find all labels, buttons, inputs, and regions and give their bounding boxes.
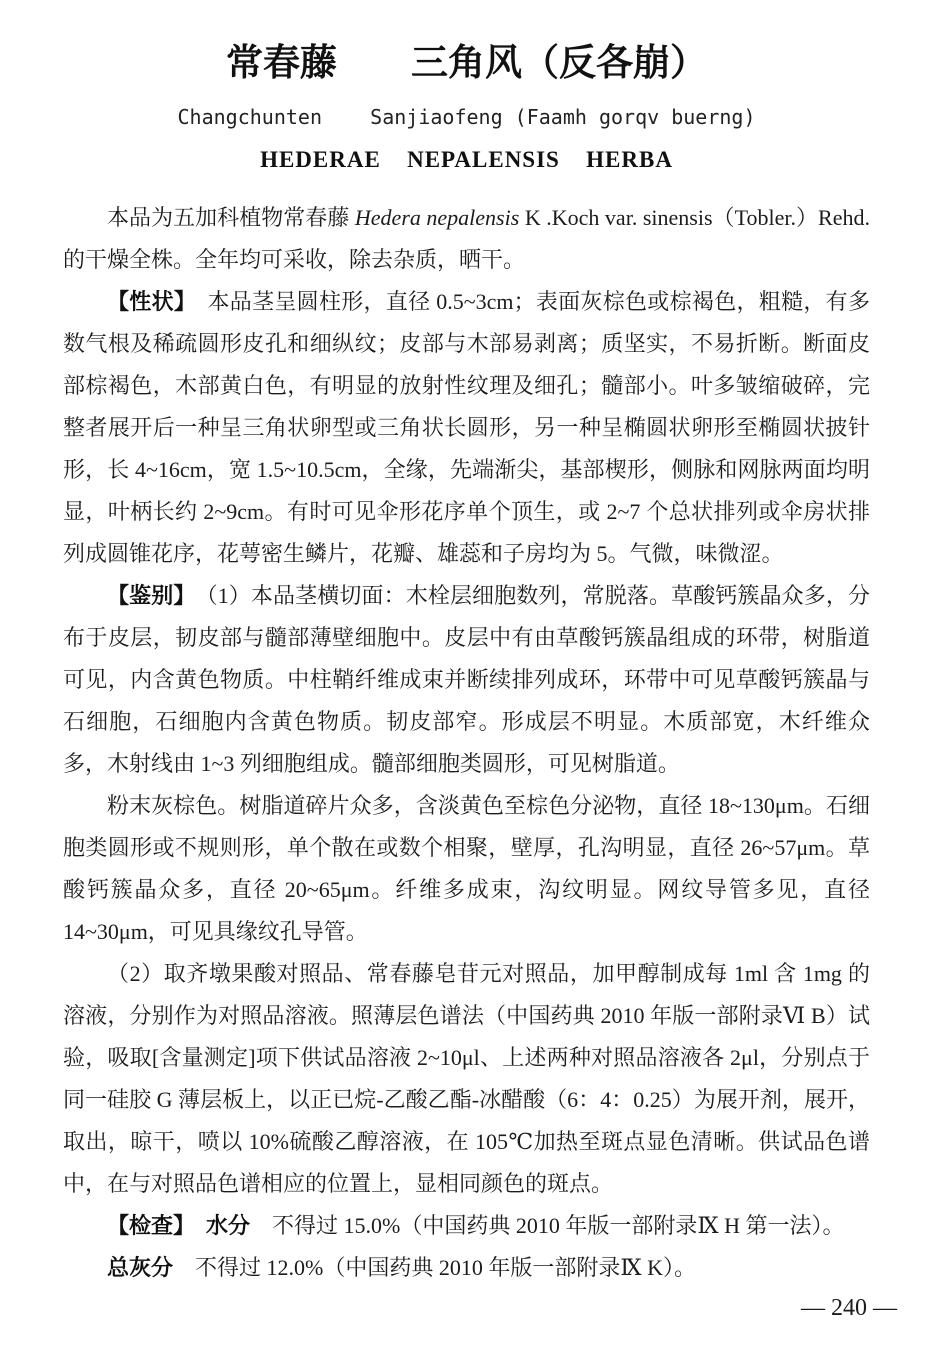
properties-paragraph: 【性状】 本品茎呈圆柱形，直径 0.5~3cm；表面灰棕色或棕褐色，粗糙，有多数… bbox=[63, 281, 870, 575]
powder-description-paragraph: 粉末灰棕色。树脂道碎片众多，含淡黄色至棕色分泌物，直径 18~130μm。石细胞… bbox=[63, 785, 870, 953]
text-segment: 粉末灰棕色。树脂道碎片众多，含淡黄色至棕色分泌物，直径 18~130μm。石细胞… bbox=[63, 793, 870, 944]
text-segment: 【鉴别】 bbox=[107, 583, 184, 608]
text-segment: 本品茎呈圆柱形，直径 0.5~3cm；表面灰棕色或棕褐色，粗糙，有多数气根及稀疏… bbox=[63, 289, 870, 566]
text-segment: 【性状】 bbox=[107, 289, 185, 314]
source-description-paragraph: 本品为五加科植物常春藤 Hedera nepalensis K .Koch va… bbox=[63, 197, 870, 281]
inspection-ash-paragraph: 总灰分 不得过 12.0%（中国药典 2010 年版一部附录Ⅸ K）。 bbox=[63, 1247, 870, 1289]
text-segment bbox=[184, 1213, 206, 1238]
text-segment: 不得过 15.0%（中国药典 2010 年版一部附录Ⅸ H 第一法）。 bbox=[250, 1213, 844, 1238]
text-segment: Hedera nepalensis bbox=[355, 205, 519, 230]
monograph-title-pinyin: Changchunten Sanjiaofeng (Faamh gorqv bu… bbox=[63, 105, 870, 129]
monograph-title-chinese: 常春藤 三角风（反各崩） bbox=[63, 40, 870, 86]
text-segment: （1）本品茎横切面：木栓层细胞数列，常脱落。草酸钙簇晶众多，分布于皮层，韧皮部与… bbox=[63, 583, 870, 776]
inspection-water-paragraph: 【检查】 水分 不得过 15.0%（中国药典 2010 年版一部附录Ⅸ H 第一… bbox=[63, 1205, 870, 1247]
text-segment: 不得过 12.0%（中国药典 2010 年版一部附录Ⅸ K）。 bbox=[173, 1255, 696, 1280]
text-segment: 总灰分 bbox=[107, 1255, 173, 1280]
page-number: — 240 — bbox=[801, 1294, 897, 1323]
text-segment: 水分 bbox=[206, 1213, 250, 1238]
identification-paragraph-1: 【鉴别】 （1）本品茎横切面：木栓层细胞数列，常脱落。草酸钙簇晶众多，分布于皮层… bbox=[63, 575, 870, 785]
identification-paragraph-2: （2）取齐墩果酸对照品、常春藤皂苷元对照品，加甲醇制成每 1ml 含 1mg 的… bbox=[63, 953, 870, 1205]
text-segment: 【检查】 bbox=[107, 1213, 184, 1238]
monograph-body: 本品为五加科植物常春藤 Hedera nepalensis K .Koch va… bbox=[63, 197, 870, 1289]
text-segment: （2）取齐墩果酸对照品、常春藤皂苷元对照品，加甲醇制成每 1ml 含 1mg 的… bbox=[63, 961, 870, 1196]
monograph-title-latin: HEDERAE NEPALENSIS HERBA bbox=[63, 146, 870, 174]
pharmacopoeia-monograph-page: 常春藤 三角风（反各崩） Changchunten Sanjiaofeng (F… bbox=[0, 0, 927, 1353]
monograph-header: 常春藤 三角风（反各崩） Changchunten Sanjiaofeng (F… bbox=[63, 40, 870, 174]
text-segment: 本品为五加科植物常春藤 bbox=[107, 205, 355, 230]
